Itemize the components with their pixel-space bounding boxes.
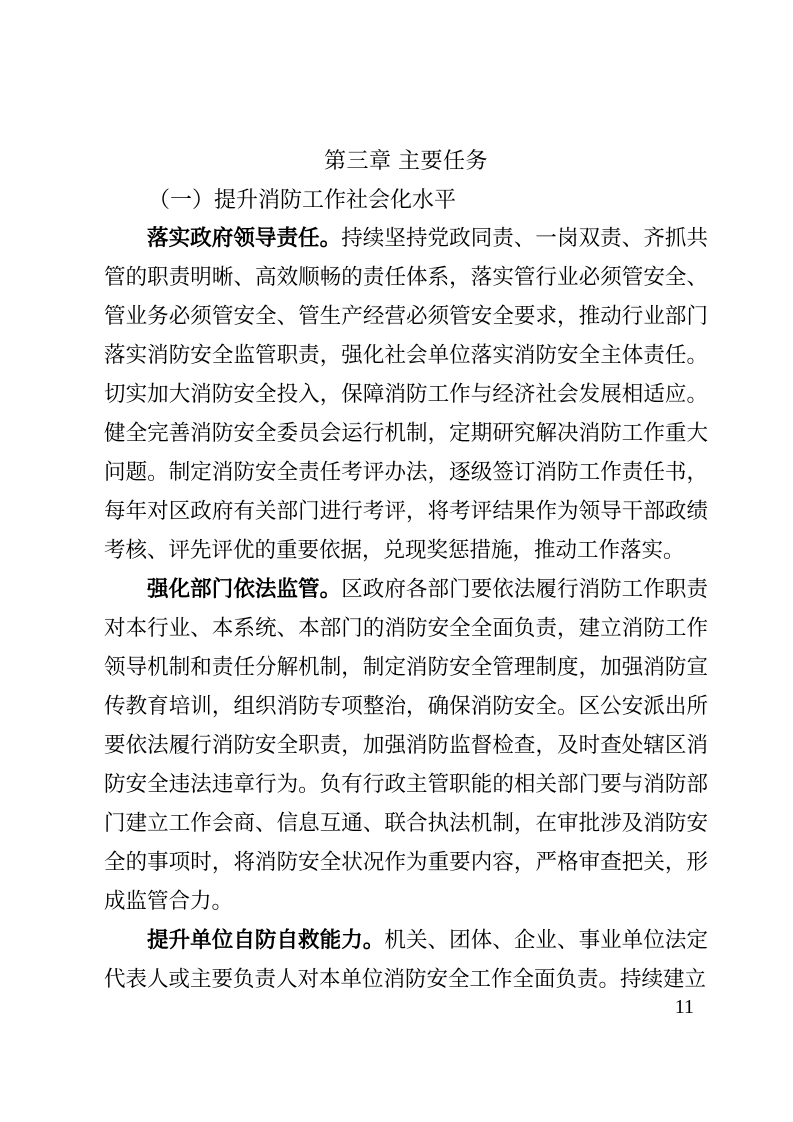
paragraph: 落实政府领导责任。持续坚持党政同责、一岗双责、齐抓共管的职责明晰、高效顺畅的责任… <box>104 219 708 570</box>
paragraph-text: 持续坚持党政同责、一岗双责、齐抓共管的职责明晰、高效顺畅的责任体系，落实管行业必… <box>104 226 708 562</box>
section-heading: （一）提升消防工作社会化水平 <box>104 180 708 219</box>
paragraph-text: 区政府各部门要依法履行消防工作职责对本行业、本系统、本部门的消防安全全面负责，建… <box>104 577 708 913</box>
paragraph-lead: 强化部门依法监管。 <box>147 577 341 601</box>
paragraph-lead: 提升单位自防自救能力。 <box>147 928 384 952</box>
page-number: 11 <box>675 995 694 1019</box>
document-content: 第三章 主要任务 （一）提升消防工作社会化水平 落实政府领导责任。持续坚持党政同… <box>104 141 708 999</box>
paragraph: 强化部门依法监管。区政府各部门要依法履行消防工作职责对本行业、本系统、本部门的消… <box>104 570 708 921</box>
chapter-title: 第三章 主要任务 <box>104 141 708 180</box>
paragraph-lead: 落实政府领导责任。 <box>147 226 341 250</box>
document-page: 第三章 主要任务 （一）提升消防工作社会化水平 落实政府领导责任。持续坚持党政同… <box>0 0 793 1122</box>
paragraph: 提升单位自防自救能力。机关、团体、企业、事业单位法定代表人或主要负责人对本单位消… <box>104 921 708 999</box>
